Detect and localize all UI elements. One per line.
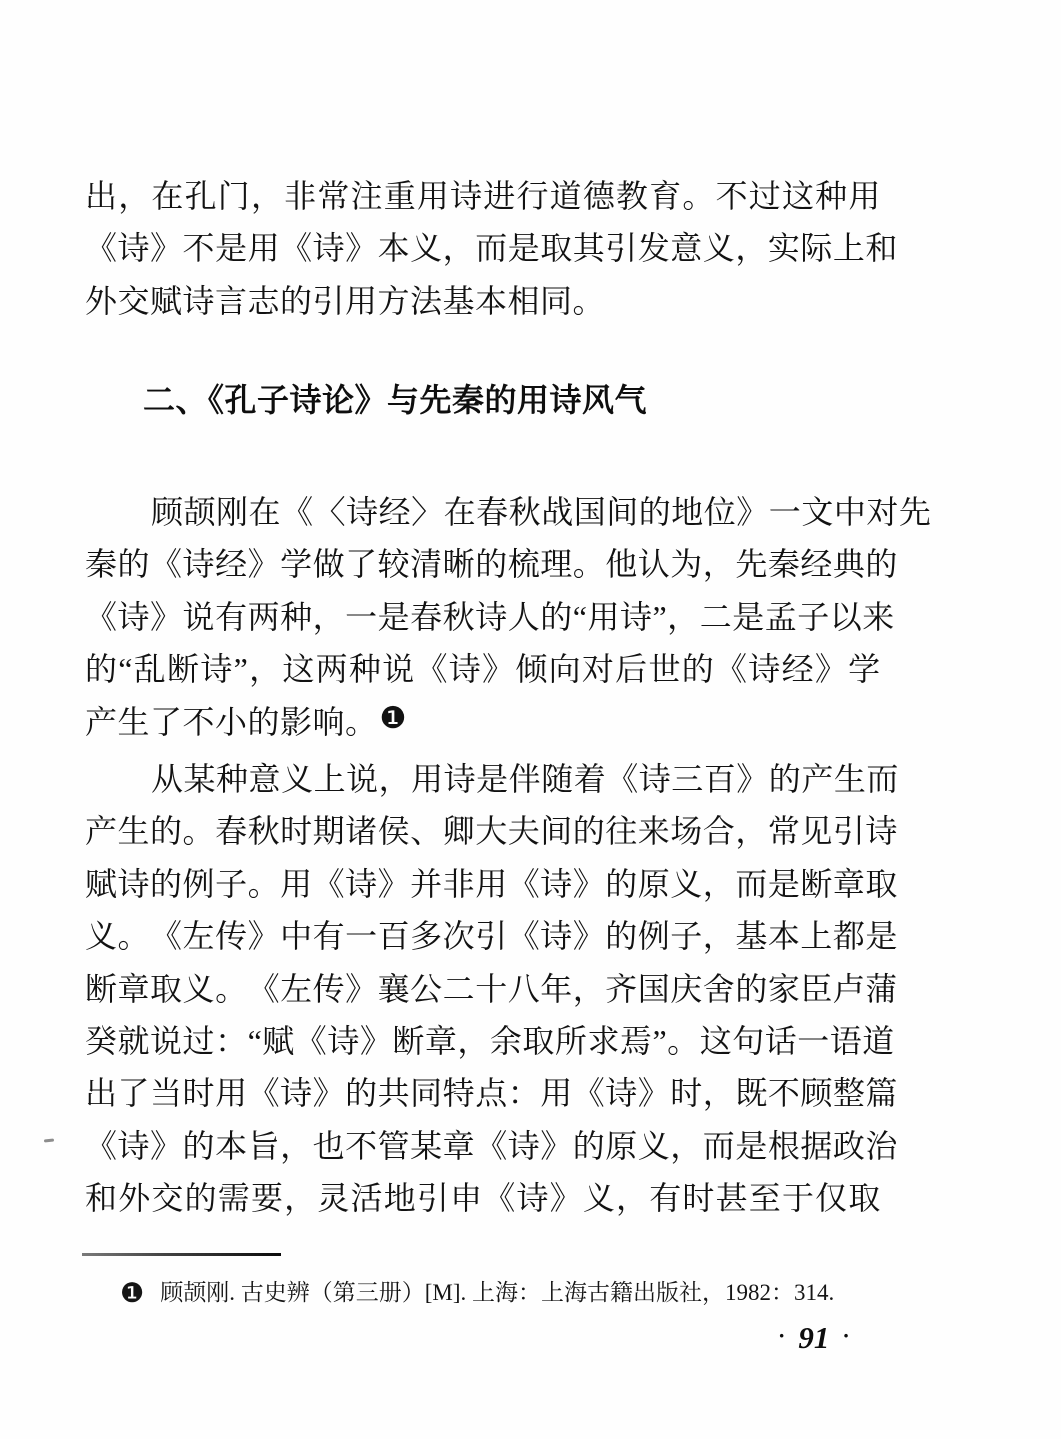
text-line: 《诗》的本旨，也不管某章《诗》的原义，而是根据政治 bbox=[85, 1120, 881, 1172]
text-line: 义。《左传》中有一百多次引《诗》的例子，基本上都是 bbox=[85, 910, 881, 962]
scanned-book-page: 出，在孔门，非常注重用诗进行道德教育。不过这种用 《诗》不是用《诗》本义，而是取… bbox=[0, 0, 1061, 1439]
footnote-marker-icon: ❶ bbox=[120, 1276, 144, 1310]
text-line: 断章取义。《左传》襄公二十八年，齐国庆舍的家臣卢蒲 bbox=[85, 963, 881, 1015]
text-line: 出，在孔门，非常注重用诗进行道德教育。不过这种用 bbox=[85, 170, 881, 222]
footnote-separator bbox=[82, 1253, 281, 1256]
text-line: 《诗》说有两种，一是春秋诗人的“用诗”，二是孟子以来 bbox=[85, 591, 881, 643]
paragraph-continuation: 出，在孔门，非常注重用诗进行道德教育。不过这种用 《诗》不是用《诗》本义，而是取… bbox=[85, 170, 881, 327]
footnote-reference-icon: ❶ bbox=[380, 693, 407, 745]
text-line: 赋诗的例子。用《诗》并非用《诗》的原义，而是断章取 bbox=[85, 858, 881, 910]
page-number-value: 91 bbox=[798, 1318, 829, 1358]
scan-artifact-speck bbox=[44, 1138, 54, 1142]
page-number-dot-right: · bbox=[842, 1316, 849, 1356]
text-line: 癸就说过：“赋《诗》断章，余取所求焉”。这句话一语道 bbox=[85, 1015, 881, 1067]
footnote: ❶ 顾颉刚. 古史辨（第三册）[M]. 上海：上海古籍出版社，1982：314. bbox=[120, 1276, 880, 1310]
text-line: 和外交的需要，灵活地引申《诗》义，有时甚至于仅取 bbox=[85, 1172, 881, 1224]
text-line: 秦的《诗经》学做了较清晰的梳理。他认为，先秦经典的 bbox=[85, 538, 881, 590]
footnote-text: 顾颉刚. 古史辨（第三册）[M]. 上海：上海古籍出版社，1982：314. bbox=[160, 1276, 834, 1310]
text-line: 的“乱断诗”，这两种说《诗》倾向对后世的《诗经》学 bbox=[85, 643, 881, 695]
text-line-text: 产生了不小的影响。 bbox=[85, 704, 378, 740]
text-line: 顾颉刚在《〈诗经〉在春秋战国间的地位》一文中对先 bbox=[85, 486, 881, 538]
text-line: 产生的。春秋时期诸侯、卿大夫间的往来场合，常见引诗 bbox=[85, 805, 881, 857]
page-number: · 91 · bbox=[778, 1318, 850, 1358]
text-line: 从某种意义上说，用诗是伴随着《诗三百》的产生而 bbox=[85, 753, 881, 805]
paragraph: 顾颉刚在《〈诗经〉在春秋战国间的地位》一文中对先 秦的《诗经》学做了较清晰的梳理… bbox=[85, 486, 881, 748]
paragraph: 从某种意义上说，用诗是伴随着《诗三百》的产生而 产生的。春秋时期诸侯、卿大夫间的… bbox=[85, 753, 881, 1225]
text-line: 《诗》不是用《诗》本义，而是取其引发意义，实际上和 bbox=[85, 222, 881, 274]
text-line: 产生了不小的影响。❶ bbox=[85, 696, 881, 748]
text-line: 外交赋诗言志的引用方法基本相同。 bbox=[85, 275, 881, 327]
page-number-dot-left: · bbox=[778, 1316, 785, 1356]
section-heading: 二、《孔子诗论》与先秦的用诗风气 bbox=[143, 378, 647, 422]
text-line: 出了当时用《诗》的共同特点：用《诗》时，既不顾整篇 bbox=[85, 1067, 881, 1119]
